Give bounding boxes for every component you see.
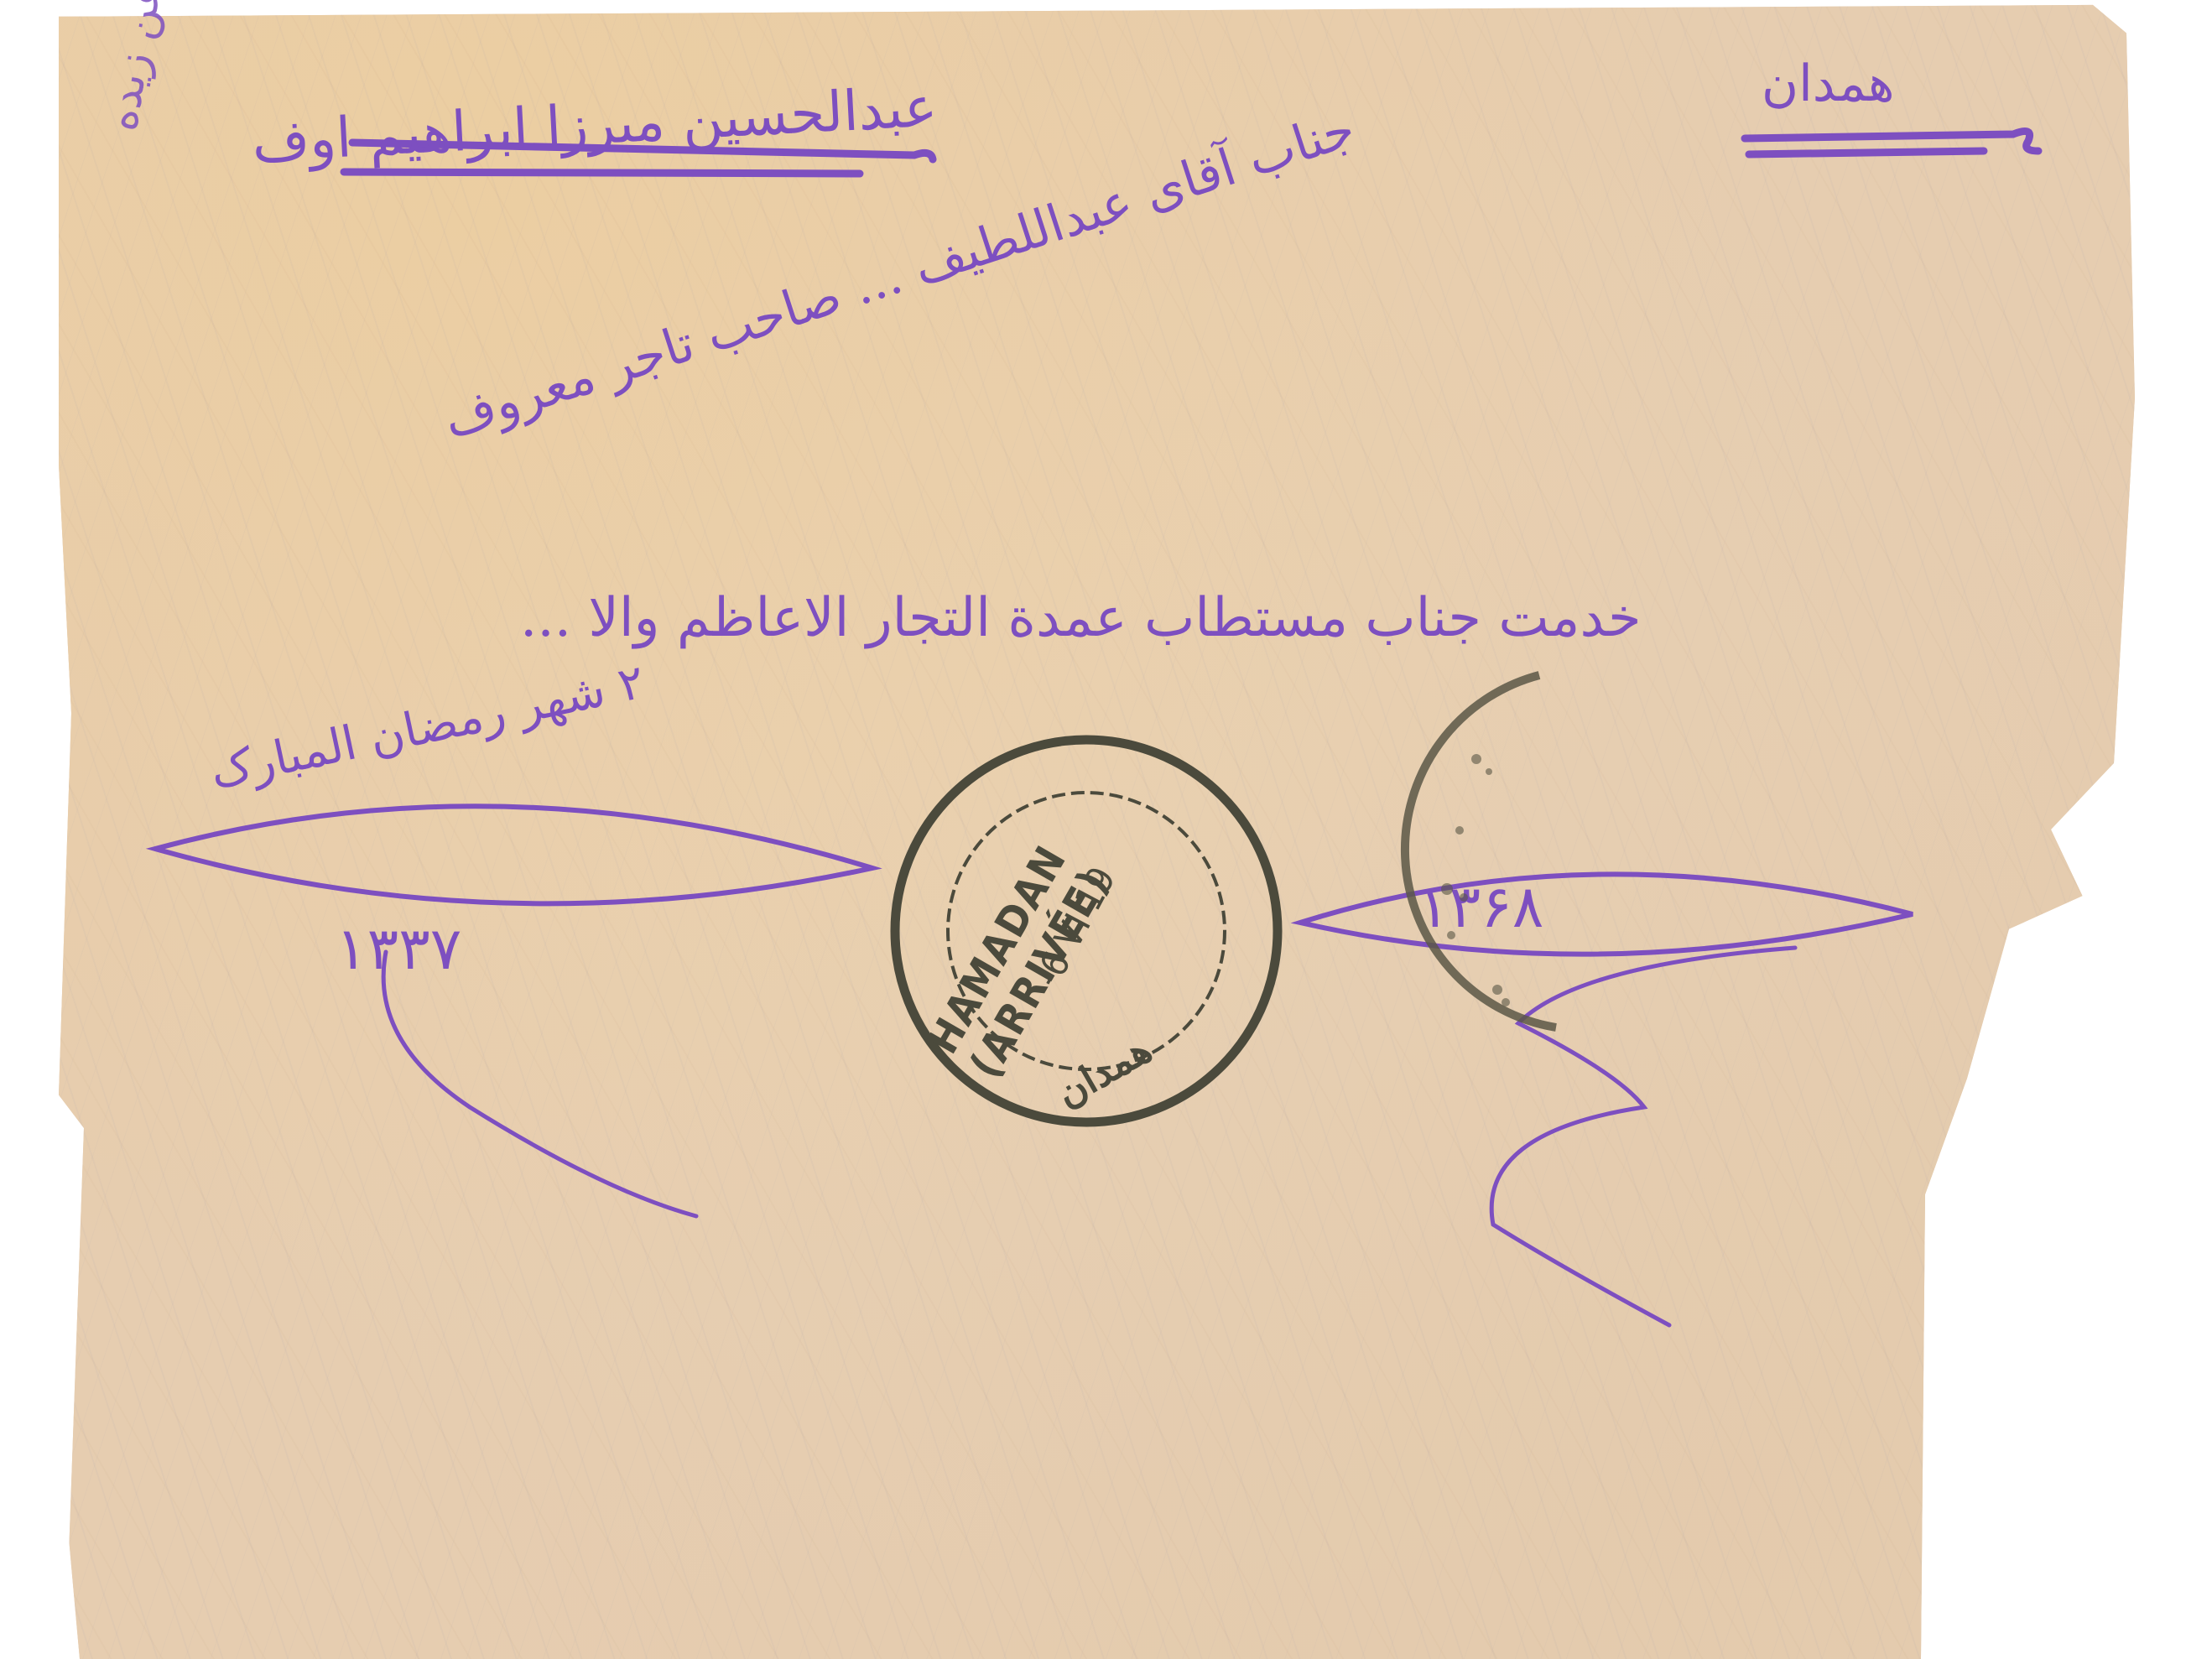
partial-postmark — [1397, 658, 1783, 1044]
address-line-1: خدمت جناب مستطاب عمدة التجار الاعاظم وال… — [520, 587, 1642, 649]
year: ۱۳۳۷ — [336, 914, 461, 983]
destination-city: همدان — [1762, 55, 1895, 113]
hamadan-postmark: HAMADAN (ARRIVÉE) -6 VI 19 همدان — [885, 730, 1288, 1132]
partial-postmark-ring — [1397, 658, 1783, 1044]
